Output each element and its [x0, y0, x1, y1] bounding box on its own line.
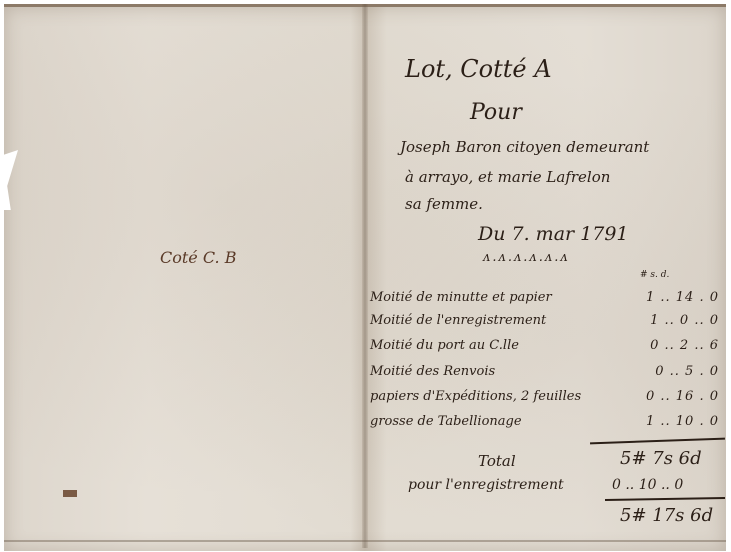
- ledger-row: papiers d'Expéditions, 2 feuilles 0 .. 1…: [370, 389, 725, 409]
- ledger-amount: 0 .. 16 . 0: [646, 389, 719, 404]
- ledger-amount: 1 .. 10 . 0: [646, 414, 719, 429]
- party-line-3: sa femme.: [405, 195, 483, 213]
- ledger-row: Moitié de l'enregistrement 1 .. 0 .. 0: [370, 313, 725, 333]
- left-annotation: Coté C. B: [160, 248, 236, 267]
- grand-total-amount: 5# 17s 6d: [620, 505, 713, 526]
- total-amount: 5# 7s 6d: [620, 448, 702, 469]
- ledger-row: Moitié de minutte et papier 1 .. 14 . 0: [370, 290, 725, 310]
- ledger-label: papiers d'Expéditions, 2 feuilles: [370, 389, 581, 404]
- extra-label: pour l'enregistrement: [408, 477, 564, 493]
- ledger-label: Moitié des Renvois: [370, 364, 495, 379]
- date-line: Du 7. mar 1791: [478, 223, 629, 245]
- ink-stain: [63, 490, 77, 497]
- ledger-label: Moitié de minutte et papier: [370, 290, 552, 305]
- ledger-label: Moitié du port au C.lle: [370, 338, 519, 353]
- ledger-row: Moitié du port au C.lle 0 .. 2 .. 6: [370, 338, 725, 358]
- ledger-row: grosse de Tabellionage 1 .. 10 . 0: [370, 414, 725, 434]
- ledger-row: Moitié des Renvois 0 .. 5 . 0: [370, 364, 725, 384]
- ledger-amount: 1 .. 14 . 0: [646, 290, 719, 305]
- total-label: Total: [478, 452, 516, 470]
- ledger-amount: 1 .. 0 .. 0: [650, 313, 719, 328]
- extra-amount: 0 .. 10 .. 0: [612, 477, 683, 493]
- header-line-1: Lot, Cotté A: [405, 55, 552, 83]
- ledger-amount: 0 .. 2 .. 6: [650, 338, 719, 353]
- ledger-amount: 0 .. 5 . 0: [655, 364, 719, 379]
- vertical-fold-crease: [362, 4, 368, 548]
- header-line-2: Pour: [470, 100, 522, 125]
- date-flourish: ᴧ.ᴧ.ᴧ.ᴧ.ᴧ.ᴧ: [483, 250, 570, 265]
- party-line-1: Joseph Baron citoyen demeurant: [400, 138, 649, 156]
- ledger-label: Moitié de l'enregistrement: [370, 313, 546, 328]
- party-line-2: à arrayo, et marie Lafrelon: [405, 168, 610, 186]
- ledger-label: grosse de Tabellionage: [370, 414, 522, 429]
- horizontal-fold-crease: [4, 540, 726, 542]
- currency-header: # s. d.: [640, 270, 669, 280]
